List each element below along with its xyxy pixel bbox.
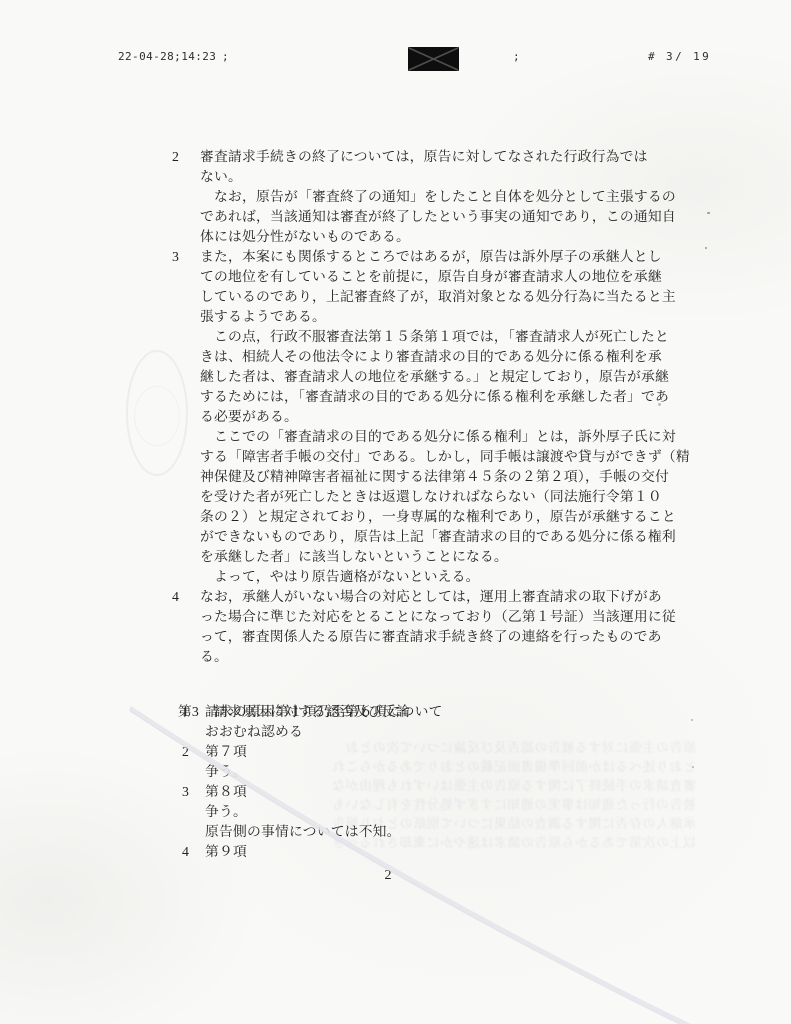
item-number: 3 xyxy=(182,782,189,802)
text-line: なお，原告が「審査終了の通知」をしたこと自体を処分として主張するの xyxy=(200,187,662,207)
answer-item-4: 4 なお，承継人がいない場合の対応としては，運用上審査請求の取下げがあ った場合… xyxy=(170,587,662,667)
item-number: 2 xyxy=(182,742,189,762)
bleedthrough-line: 被告の行った通知は事実の通知にすぎず処分性を有しないも xyxy=(298,795,696,814)
dust-speck xyxy=(658,403,661,406)
text-line: する「障害者手帳の交付」である。しかし，同手帳は譲渡や貸与ができず（精 xyxy=(200,447,662,467)
section-3-heading: 第3請求原因に対する認否及び反論 xyxy=(156,682,656,702)
text-line: この点，行政不服審査法第１５条第１項では，「審査請求人が死亡したと xyxy=(200,327,662,347)
answer-item-3: 3 また，本案にも関係するところではあるが，原告は訴外厚子の承継人とし ての地位… xyxy=(170,247,662,587)
bleedthrough-line: 承継人の存否に関する調査の結果について別紙のとおり報告 xyxy=(298,814,696,833)
redacted-sender-box-icon xyxy=(408,47,459,71)
fax-timestamp: 22-04-28;14:23 xyxy=(118,50,216,63)
fax-scanned-document-page: 22-04-28;14:23 ; ; # 3/ 19 2 審査請求手続きの終了に… xyxy=(0,0,791,1024)
text-line: ての地位を有していることを前提に，原告自身が審査請求人の地位を承継 xyxy=(200,267,662,287)
fax-page-counter: # 3/ 19 xyxy=(648,50,711,63)
text-line: 張するようである。 xyxy=(200,307,662,327)
bleedthrough-line: 以上の次第であるから原告の請求は速やかに棄却されるべき xyxy=(298,833,696,852)
text-line: る必要がある。 xyxy=(200,407,662,427)
item-number: 2 xyxy=(172,147,179,167)
text-line: ここでの「審査請求の目的である処分に係る権利」とは，訴外厚子氏に対 xyxy=(200,427,662,447)
text-line: 体には処分性がないものである。 xyxy=(200,227,662,247)
text-line: なお，承継人がいない場合の対応としては，運用上審査請求の取下げがあ xyxy=(200,587,662,607)
answer-item-2: 2 審査請求手続きの終了については，原告に対してなされた行政行為では ない。 な… xyxy=(170,147,662,247)
text-line: きは、相続人その他法令により審査請求の目的である処分に係る権利を承 xyxy=(200,347,662,367)
item-number: 3 xyxy=(172,247,179,267)
text-line: 条の２）と規定されており，一身専属的な権利であり，原告が承継すること xyxy=(200,507,662,527)
bleedthrough-line: とおり述べるほか前回準備書面記載のとおりであるからこれ xyxy=(298,757,696,776)
text-line: 神保健及び精神障害者福祉に関する法律第４５条の２第２項），手帳の交付 xyxy=(200,467,662,487)
text-line: するためには，「審査請求の目的である処分に係る権利を承継した者」であ xyxy=(200,387,662,407)
bleedthrough-line: 審査請求の手続終了に関する原告の主張はいずれも理由がな xyxy=(298,776,696,795)
dust-speck xyxy=(705,247,707,249)
text-line: を承継した者」に該当しないということになる。 xyxy=(200,547,662,567)
text-line: よって，やはり原告適格がないといえる。 xyxy=(200,567,662,587)
text-line: であれば，当該通知は審査が終了したという事実の通知であり，この通知自 xyxy=(200,207,662,227)
text-line: ができないものであり，原告は上記「審査請求の目的である処分に係る権利 xyxy=(200,527,662,547)
faint-stamp-mark xyxy=(126,350,188,476)
text-line: しているのであり，上記審査終了が，取消対象となる処分行為に当たると主 xyxy=(200,287,662,307)
section-item-1: 1 請求の原因第１項乃至第６項について おおむね認める xyxy=(156,702,656,742)
item-number: 1 xyxy=(182,702,189,722)
item-number: 4 xyxy=(172,587,179,607)
document-body: 2 審査請求手続きの終了については，原告に対してなされた行政行為では ない。 な… xyxy=(170,147,662,667)
text-line: 請求の原因第１項乃至第６項について xyxy=(205,702,656,722)
text-line: 継した者は、審査請求人の地位を承継する。」と規定しており，原告が承継 xyxy=(200,367,662,387)
fax-separator-left: ; xyxy=(222,50,229,63)
page-number: 2 xyxy=(378,868,398,884)
text-line: 審査請求手続きの終了については，原告に対してなされた行政行為では xyxy=(200,147,662,167)
bleedthrough-line: 原告の主張に対する被告の認否及び反論について次のとお xyxy=(298,738,696,757)
dust-speck xyxy=(691,719,693,721)
fax-separator-mid: ; xyxy=(513,50,520,63)
text-line: ない。 xyxy=(200,167,662,187)
dust-speck xyxy=(692,766,694,768)
bleedthrough-text: 原告の主張に対する被告の認否及び反論について次のとお とおり述べるほか前回準備書… xyxy=(298,738,696,852)
text-line: った場合に準じた対応をとることになっており（乙第１号証）当該運用に従 xyxy=(200,607,662,627)
dust-speck xyxy=(707,212,710,214)
text-line: って，審査関係人たる原告に審査請求手続き終了の連絡を行ったものであ xyxy=(200,627,662,647)
text-line: を受けた者が死亡したときは返還しなければならない（同法施行令第１０ xyxy=(200,487,662,507)
item-number: 4 xyxy=(182,842,189,862)
text-line: また，本案にも関係するところではあるが，原告は訴外厚子の承継人とし xyxy=(200,247,662,267)
text-line: る。 xyxy=(200,647,662,667)
